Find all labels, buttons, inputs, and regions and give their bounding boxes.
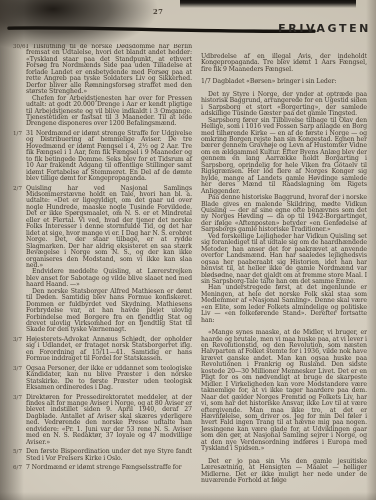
- column-paragraph: Han understregede først, at det ingenlun…: [201, 285, 367, 324]
- entry-paragraph: Endvidere meddelte Quisling, at Lærerstr…: [26, 269, 192, 288]
- page-shadow-right: [366, 0, 376, 500]
- diary-entry: 6/7 7 Nordmænd er idømt strenge Fængsels…: [26, 465, 192, 471]
- entry-paragraph: Quisling har ved Nasjonal Samlings Midso…: [26, 186, 192, 270]
- diary-entry: 3/7 Direktøren for Pressedirektoratet me…: [26, 395, 192, 447]
- header-rule: [6, 25, 320, 35]
- entry-paragraph: Ogsaa Personer, der ikke er uddannet som…: [26, 366, 192, 392]
- quote-paragraph: «Mange synes maaske, at de Midler, vi br…: [201, 330, 367, 453]
- leader-heading: 1/7 Dagbladet «Børsen» bringer i sin Led…: [201, 79, 367, 85]
- masthead-title: FRIVAGTEN: [278, 22, 371, 35]
- diary-entry: 3/7 Ogsaa Personer, der ikke er uddannet…: [26, 366, 192, 392]
- column-paragraph: Sarpsborg fører sin Tilblivelse tilbage …: [201, 118, 367, 195]
- right-column: Udbredelse af en illegal Avis, der indeh…: [201, 44, 367, 492]
- entry-paragraph: Den første Bispeordination under det nye…: [26, 449, 192, 462]
- left-column: 30/6 I Tilslutning til de norske Dødsdom…: [13, 44, 192, 492]
- page-shadow-top: [180, 0, 356, 8]
- entry-date: 30/6: [13, 44, 26, 50]
- scanned-page-photo: 27 FRIVAGTEN 30/6 I Tilslutning til de n…: [0, 0, 376, 500]
- entry-date: 1/7: [13, 131, 22, 137]
- diary-entry: 3/7 Højesterets-Advokat Annæus Schjødt, …: [26, 337, 192, 363]
- diary-entry: 2/7 Quisling har ved Nasjonal Samlings M…: [26, 186, 192, 334]
- entry-date: 5/7: [13, 449, 22, 455]
- entry-date: 3/7: [13, 395, 22, 401]
- column-paragraph: Udbredelse af en illegal Avis, der indeh…: [201, 54, 367, 73]
- column-paragraph: Det er jo paa sin Vis den gamle jesuitis…: [201, 459, 367, 485]
- page-number: 27: [153, 8, 163, 16]
- entry-date: 3/7: [13, 366, 22, 372]
- column-paragraph: Paa denne historiske Baggrund, hvoraf de…: [201, 195, 367, 234]
- entry-paragraph: 7 Nordmænd er idømt strenge Fængselsstra…: [26, 465, 192, 471]
- column-paragraph: Ved forskellige Lejligheder har Vidkun Q…: [201, 234, 367, 286]
- diary-entry: 30/6 I Tilslutning til de norske Dødsdom…: [26, 44, 192, 128]
- page-shadow-bottom: [0, 492, 376, 500]
- diary-entry: 1/7 31 Nordmænd er idømt strenge Straffe…: [26, 131, 192, 183]
- diary-entry: 5/7 Den første Bispeordination under det…: [26, 449, 192, 462]
- entry-paragraph: Den norske Statsborger Alfred Mathiesen …: [26, 289, 192, 334]
- entry-date: 2/7: [13, 186, 22, 192]
- entry-paragraph: 31 Nordmænd er idømt strenge Straffe for…: [26, 131, 192, 183]
- column-paragraph: Det ny Styre i Norge, der ynder at optræ…: [201, 92, 367, 118]
- text-columns: 30/6 I Tilslutning til de norske Dødsdom…: [13, 44, 367, 492]
- entry-date: 3/7: [13, 337, 22, 343]
- entry-date: 6/7: [13, 465, 22, 471]
- entry-paragraph: Direktøren for Pressedirektoratet meddel…: [26, 395, 192, 447]
- entry-paragraph: Højesterets-Advokat Annæus Schjødt, der …: [26, 337, 192, 363]
- entry-paragraph: I Tilslutning til de norske Dødsdomme ha…: [26, 44, 192, 96]
- entry-paragraph: Chefen for Arbejdstjenesten har over for…: [26, 96, 192, 128]
